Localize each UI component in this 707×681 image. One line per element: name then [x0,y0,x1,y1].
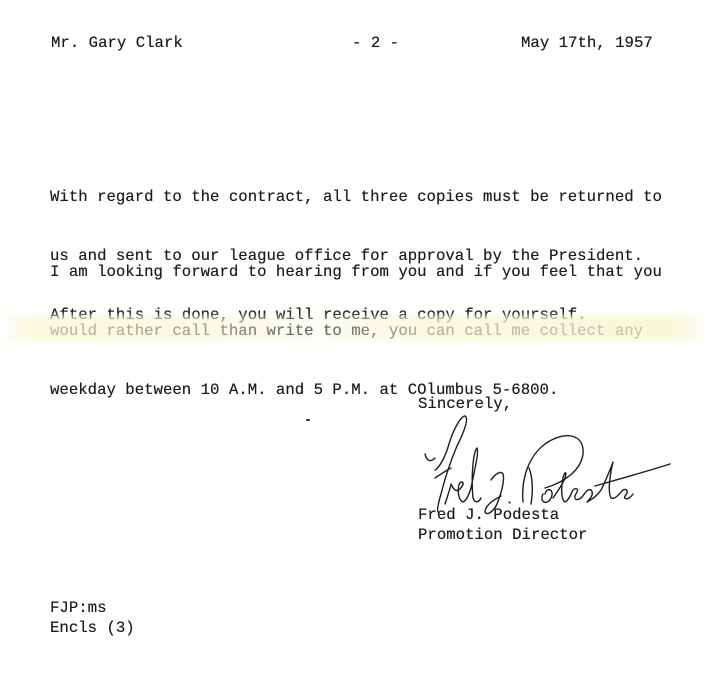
paragraph-line: With regard to the contract, all three c… [50,188,662,208]
paper-smudge [0,315,707,341]
letter-page: Mr. Gary Clark - 2 - May 17th, 1957 With… [0,0,707,681]
letter-date: May 17th, 1957 [521,33,653,53]
signer-title: Promotion Director [418,525,587,545]
reference-initials: FJP:ms [50,598,106,618]
paragraph-line: I am looking forward to hearing from you… [50,263,662,283]
signer-name: Fred J. Podesta [418,505,559,525]
recipient-name: Mr. Gary Clark [51,33,183,53]
page-number: - 2 - [352,33,399,53]
ink-speck [306,419,310,421]
enclosures-note: Encls (3) [50,618,135,638]
paragraph-line: weekday between 10 A.M. and 5 P.M. at CO… [50,381,662,401]
